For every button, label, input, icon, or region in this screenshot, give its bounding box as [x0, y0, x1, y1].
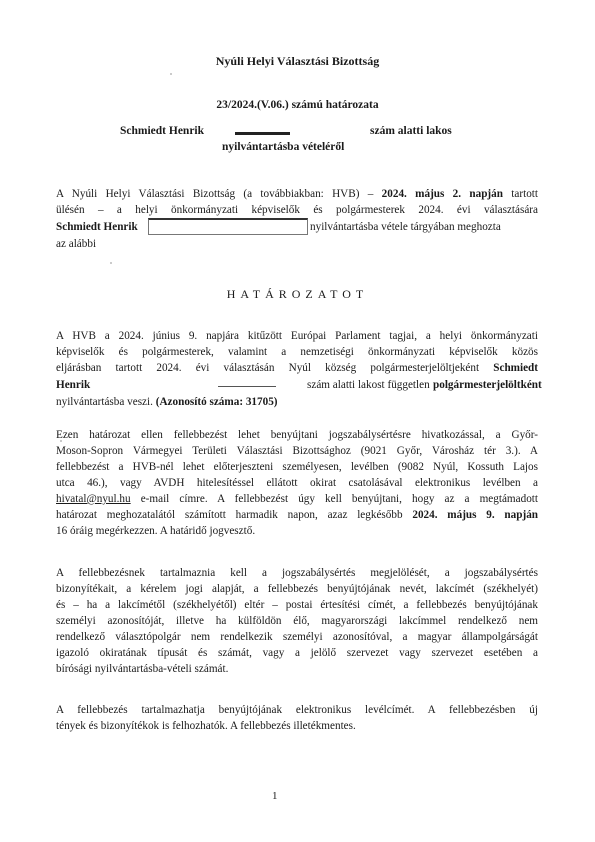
appeal-line-7: 16 óráig megérkezzen. A határidő jogvesz…: [56, 524, 255, 538]
decision-heading: HATÁROZATOT: [0, 287, 595, 302]
intro-line-4: az alábbi: [56, 237, 96, 251]
decision-subject-name: Henrik: [56, 378, 90, 392]
scan-speck: [60, 440, 62, 442]
appeal-line-1: Ezen határozat ellen fellebbezést lehet …: [56, 427, 538, 444]
decision-line-4-end: polgármesterjelöltként: [433, 378, 542, 392]
redaction-box: [148, 218, 308, 235]
subject-name: Schmiedt Henrik: [120, 124, 204, 138]
email-link[interactable]: hivatal@nyul.hu: [56, 493, 131, 505]
subject-address-suffix: szám alatti lakos: [370, 124, 452, 138]
requirements-line-5: rendelkező választópolgár nem rendelkezi…: [56, 629, 538, 646]
intro-subject-name: Schmiedt Henrik: [56, 220, 138, 234]
decision-line-2: képviselők és polgármesterek, valamint a…: [56, 344, 538, 361]
final-line-1: A fellebbezés tartalmazhatja benyújtóján…: [56, 702, 538, 719]
document-page: Nyúli Helyi Választási Bizottság 23/2024…: [0, 0, 595, 842]
decision-line-5: nyilvántartásba veszi. (Azonosító száma:…: [56, 395, 278, 409]
requirements-line-7: bírósági nyilvántartásba-vételi számát.: [56, 662, 228, 676]
redaction-mark: [235, 132, 290, 135]
institution-title: Nyúli Helyi Választási Bizottság: [0, 54, 595, 69]
decision-line-4-mid: szám alatti lakost független: [307, 378, 430, 392]
redaction-mark: [218, 386, 276, 387]
requirements-line-3: és – ha a lakcímétől (székhelyétől) elté…: [56, 597, 538, 614]
intro-line-2: ülésén – a helyi önkormányzati képviselő…: [56, 202, 538, 219]
scan-speck: [170, 73, 172, 75]
requirements-line-2: bizonyítékait, a kérelem jogi alapját, a…: [56, 581, 538, 598]
appeal-line-2: Moson-Sopron Vármegyei Területi Választá…: [56, 443, 538, 460]
appeal-line-3: fellebbezést a HVB-nél lehet előterjeszt…: [56, 459, 538, 476]
page-number: 1: [272, 790, 278, 802]
intro-line-1: A Nyúli Helyi Választási Bizottság (a to…: [56, 186, 538, 203]
decision-line-3: eljárásban tartott 2024. évi választásán…: [56, 360, 538, 377]
final-line-2: tények és bizonyítékok is felhozhatók. A…: [56, 719, 356, 733]
requirements-line-4: személyi azonosítóját, illetve ha külföl…: [56, 613, 538, 630]
appeal-line-6: határozat meghozatalától számított harma…: [56, 507, 538, 524]
appeal-line-4: utca 46.), vagy AVDH hitelesítéssel ellá…: [56, 475, 538, 492]
requirements-line-6: igazoló okiratának típusát és számát, va…: [56, 645, 538, 662]
requirements-line-1: A fellebbezésnek tartalmaznia kell a jog…: [56, 565, 538, 582]
intro-line-3-rest: nyilvántartásba vétele tárgyában meghozt…: [310, 220, 501, 234]
subject-line2: nyilvántartásba vételéről: [222, 140, 344, 154]
scan-speck: [110, 262, 112, 264]
resolution-number: 23/2024.(V.06.) számú határozata: [0, 99, 595, 111]
appeal-line-5: hivatal@nyul.hu e-mail címre. A fellebbe…: [56, 491, 538, 508]
decision-line-1: A HVB a 2024. június 9. napjára kitűzött…: [56, 328, 538, 345]
